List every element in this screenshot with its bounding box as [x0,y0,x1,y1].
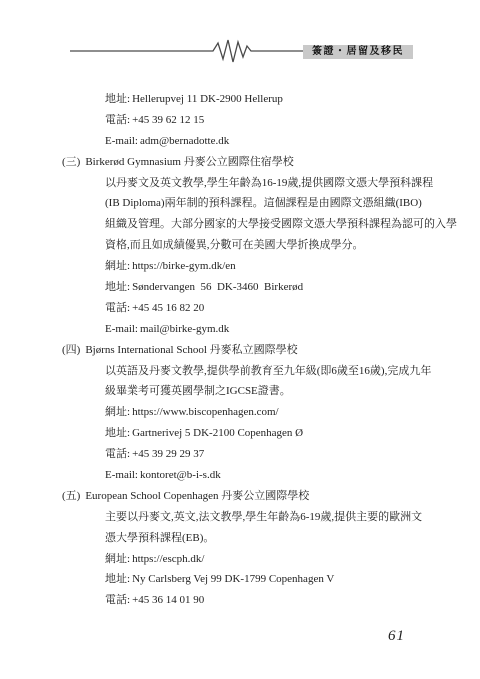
detail-row: 網址:https://escph.dk/ [62,549,430,570]
detail-row: 地址:Søndervangen 56 DK-3460 Birkerød [62,277,430,298]
detail-value: Ny Carlsberg Vej 99 DK-1799 Copenhagen V [132,573,334,585]
detail-label: 電話: [105,594,130,606]
detail-label: 電話: [105,448,130,460]
detail-label: 網址: [105,260,130,272]
detail-label: 網址: [105,406,130,418]
paragraph-line: 級畢業考可獲英國學制之IGCSE證書。 [62,381,430,402]
detail-label: 網址: [105,553,130,565]
detail-value: Søndervangen 56 DK-3460 Birkerød [132,281,303,293]
detail-label: 電話: [105,302,130,314]
contact-row: E-mail:adm@bernadotte.dk [62,131,430,152]
contact-label: E-mail: [105,135,138,147]
contact-label: 地址: [105,93,130,105]
chapter-badge: 簽證・居留及移民 [303,45,413,59]
detail-value: +45 45 16 82 20 [132,302,204,314]
detail-label: E-mail: [105,323,138,335]
detail-value: +45 36 14 01 90 [132,594,204,606]
detail-label: 地址: [105,573,130,585]
contact-value: Hellerupvej 11 DK-2900 Hellerup [132,93,283,105]
contact-row: 電話:+45 39 62 12 15 [62,110,430,131]
section-marker: (四) [62,344,80,356]
section-title: European School Copenhagen 丹麥公立國際學校 [85,490,309,502]
detail-value: kontoret@b-i-s.dk [140,469,221,481]
detail-label: E-mail: [105,469,138,481]
detail-value: +45 39 29 29 37 [132,448,204,460]
detail-value: Gartnerivej 5 DK-2100 Copenhagen Ø [132,427,303,439]
document-page: 簽證・居留及移民 地址:Hellerupvej 11 DK-2900 Helle… [0,0,480,679]
page-number: 61 [388,628,405,645]
detail-row: 電話:+45 39 29 29 37 [62,444,430,465]
section-title: Bjørns International School 丹麥私立國際學校 [85,344,297,356]
section-title: Birkerød Gymnasium 丹麥公立國際住宿學校 [85,156,293,168]
detail-value: https://www.biscopenhagen.com/ [132,406,279,418]
paragraph-line: (IB Diploma)兩年制的預科課程。這個課程是由國際文憑組織(IBO) [62,193,430,214]
heartbeat-divider-line [70,36,303,66]
detail-row: 電話:+45 45 16 82 20 [62,298,430,319]
detail-row: 網址:https://www.biscopenhagen.com/ [62,402,430,423]
paragraph-line: 憑大學預科課程(EB)。 [62,528,430,549]
paragraph-line: 資格,而且如成績優異,分數可在美國大學折換成學分。 [62,235,430,256]
detail-label: 地址: [105,281,130,293]
detail-row: 網址:https://birke-gym.dk/en [62,256,430,277]
detail-row: 電話:+45 36 14 01 90 [62,590,430,611]
paragraph-line: 以英語及丹麥文教學,提供學前教育至九年級(即6歲至16歲),完成九年 [62,361,430,382]
detail-value: https://birke-gym.dk/en [132,260,236,272]
detail-row: 地址:Ny Carlsberg Vej 99 DK-1799 Copenhage… [62,569,430,590]
page-content: 地址:Hellerupvej 11 DK-2900 Hellerup 電話:+4… [62,89,430,611]
contact-label: 電話: [105,114,130,126]
paragraph-line: 以丹麥文及英文教學,學生年齡為16-19歲,提供國際文憑大學預科課程 [62,173,430,194]
detail-row: E-mail:mail@birke-gym.dk [62,319,430,340]
section-marker: (三) [62,156,80,168]
detail-value: https://escph.dk/ [132,553,204,565]
contact-value: adm@bernadotte.dk [140,135,229,147]
detail-row: 地址:Gartnerivej 5 DK-2100 Copenhagen Ø [62,423,430,444]
section-heading: (四)Bjørns International School 丹麥私立國際學校 [62,340,430,361]
paragraph-line: 主要以丹麥文,英文,法文教學,學生年齡為6-19歲,提供主要的歐洲文 [62,507,430,528]
paragraph-line: 組織及管理。大部分國家的大學接受國際文憑大學預科課程為認可的入學 [62,214,430,235]
detail-row: E-mail:kontoret@b-i-s.dk [62,465,430,486]
detail-label: 地址: [105,427,130,439]
section-marker: (五) [62,490,80,502]
detail-value: mail@birke-gym.dk [140,323,229,335]
section-heading: (五)European School Copenhagen 丹麥公立國際學校 [62,486,430,507]
section-heading: (三)Birkerød Gymnasium 丹麥公立國際住宿學校 [62,152,430,173]
contact-row: 地址:Hellerupvej 11 DK-2900 Hellerup [62,89,430,110]
contact-value: +45 39 62 12 15 [132,114,204,126]
